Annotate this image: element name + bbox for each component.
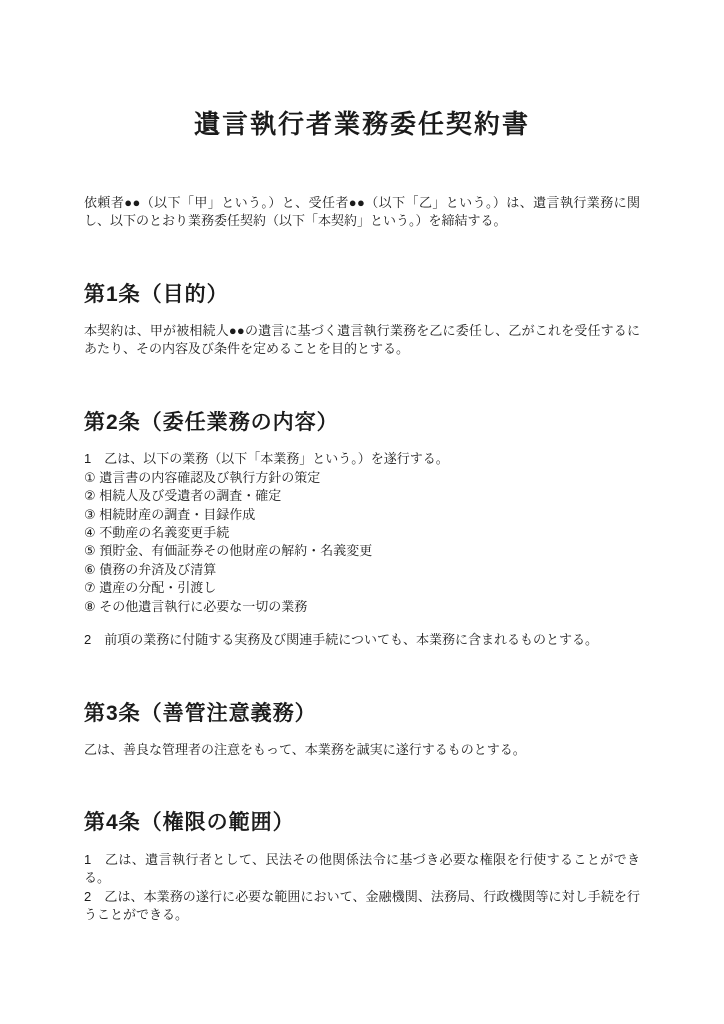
article-2: 第2条（委任業務の内容） 1 乙は、以下の業務（以下「本業務」という。）を遂行す… — [84, 409, 640, 650]
task-item-1: ① 遺言書の内容確認及び執行方針の策定 — [84, 469, 640, 487]
article-1-paragraph: 本契約は、甲が被相続人●●の遺言に基づく遺言執行業務を乙に委任し、乙がこれを受任… — [84, 322, 640, 359]
article-4: 第4条（権限の範囲） 1 乙は、遺言執行者として、民法その他関係法令に基づき必要… — [84, 809, 640, 924]
article-2-clause-2: 2 前項の業務に付随する実務及び関連手続についても、本業務に含まれるものとする。 — [84, 631, 640, 649]
task-item-4: ④ 不動産の名義変更手続 — [84, 524, 640, 542]
task-item-6: ⑥ 債務の弁済及び清算 — [84, 561, 640, 579]
article-3-paragraph: 乙は、善良な管理者の注意をもって、本業務を誠実に遂行するものとする。 — [84, 741, 640, 759]
article-3: 第3条（善管注意義務） 乙は、善良な管理者の注意をもって、本業務を誠実に遂行する… — [84, 700, 640, 760]
article-3-heading: 第3条（善管注意義務） — [84, 700, 640, 727]
article-2-heading: 第2条（委任業務の内容） — [84, 409, 640, 436]
intro-paragraph: 依頼者●●（以下「甲」という。）と、受任者●●（以下「乙」という。）は、遺言執行… — [84, 194, 640, 231]
contract-document-page: 遺言執行者業務委任契約書 依頼者●●（以下「甲」という。）と、受任者●●（以下「… — [0, 0, 724, 1024]
article-2-clause-1: 1 乙は、以下の業務（以下「本業務」という。）を遂行する。 — [84, 450, 640, 468]
article-4-clause-2: 2 乙は、本業務の遂行に必要な範囲において、金融機関、法務局、行政機関等に対し手… — [84, 888, 640, 925]
task-item-2: ② 相続人及び受遺者の調査・確定 — [84, 487, 640, 505]
task-item-5: ⑤ 預貯金、有価証券その他財産の解約・名義変更 — [84, 542, 640, 560]
article-4-heading: 第4条（権限の範囲） — [84, 809, 640, 836]
task-item-3: ③ 相続財産の調査・目録作成 — [84, 506, 640, 524]
task-item-8: ⑧ その他遺言執行に必要な一切の業務 — [84, 598, 640, 616]
article-2-task-list: ① 遺言書の内容確認及び執行方針の策定 ② 相続人及び受遺者の調査・確定 ③ 相… — [84, 469, 640, 617]
article-1-heading: 第1条（目的） — [84, 281, 640, 308]
task-item-7: ⑦ 遺産の分配・引渡し — [84, 579, 640, 597]
contract-title: 遺言執行者業務委任契約書 — [84, 108, 640, 142]
article-1: 第1条（目的） 本契約は、甲が被相続人●●の遺言に基づく遺言執行業務を乙に委任し… — [84, 281, 640, 359]
article-4-clause-1: 1 乙は、遺言執行者として、民法その他関係法令に基づき必要な権限を行使することが… — [84, 851, 640, 888]
